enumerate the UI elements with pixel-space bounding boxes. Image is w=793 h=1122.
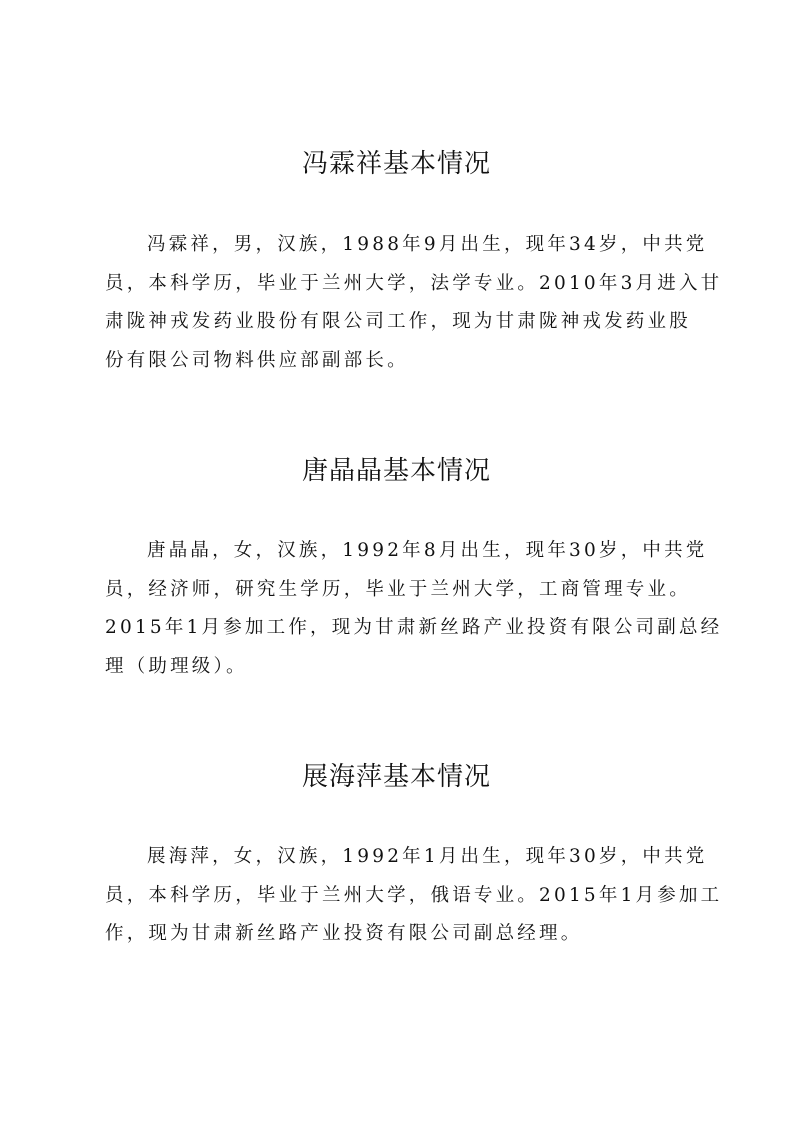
paragraph-line: 理（助理级）。: [105, 648, 705, 687]
paragraph-line: 份有限公司物料供应部副部长。: [105, 342, 705, 381]
profile-paragraph: 冯霖祥，男，汉族，1988年9月出生，现年34岁，中共党 员，本科学历，毕业于兰…: [105, 226, 705, 380]
paragraph-line: 展海萍，女，汉族，1992年1月出生，现年30岁，中共党: [105, 838, 705, 877]
paragraph-line: 唐晶晶，女，汉族，1992年8月出生，现年30岁，中共党: [105, 532, 705, 571]
paragraph-line: 员，本科学历，毕业于兰州大学，俄语专业。2015年1月参加工: [105, 877, 705, 916]
section-title: 展海萍基本情况: [0, 761, 793, 793]
paragraph-line: 肃陇神戎发药业股份有限公司工作，现为甘肃陇神戎发药业股: [105, 303, 705, 342]
section-title: 唐晶晶基本情况: [0, 455, 793, 487]
paragraph-line: 冯霖祥，男，汉族，1988年9月出生，现年34岁，中共党: [105, 226, 705, 265]
paragraph-line: 作，现为甘肃新丝路产业投资有限公司副总经理。: [105, 915, 705, 954]
paragraph-line: 2015年1月参加工作，现为甘肃新丝路产业投资有限公司副总经: [105, 609, 705, 648]
profile-paragraph: 唐晶晶，女，汉族，1992年8月出生，现年30岁，中共党 员，经济师，研究生学历…: [105, 532, 705, 686]
section-title: 冯霖祥基本情况: [0, 148, 793, 180]
profile-paragraph: 展海萍，女，汉族，1992年1月出生，现年30岁，中共党 员，本科学历，毕业于兰…: [105, 838, 705, 954]
paragraph-line: 员，本科学历，毕业于兰州大学，法学专业。2010年3月进入甘: [105, 265, 705, 304]
paragraph-line: 员，经济师，研究生学历，毕业于兰州大学，工商管理专业。: [105, 571, 705, 610]
